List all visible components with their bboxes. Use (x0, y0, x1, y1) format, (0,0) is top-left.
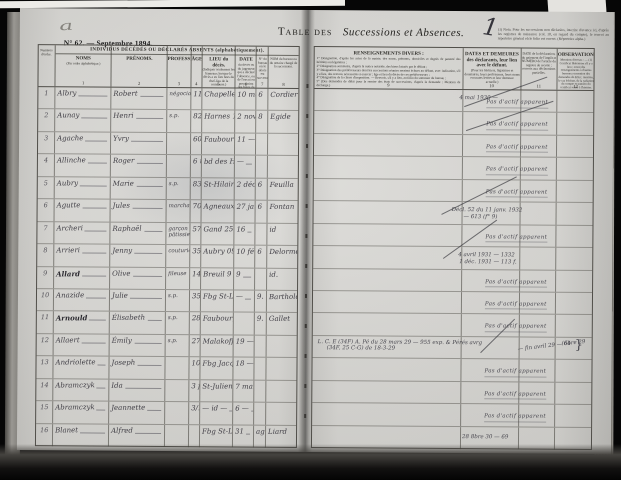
cell-lieu: Fbg Jacques 99 (200, 358, 234, 380)
table-row (312, 358, 591, 382)
cell-prenom: Ida (110, 379, 166, 401)
cell-lieu: Harnes 17 (202, 111, 236, 133)
cell-prenom: Jenny (111, 245, 167, 267)
handwritten-text: 70 (192, 203, 201, 210)
cell-dates-demeures (461, 404, 519, 426)
cell-numero: 7 (37, 222, 54, 244)
handwritten-text: 31 (235, 428, 244, 435)
handwritten-text: Faubourg 109 (203, 316, 235, 324)
handwritten-text: 15 (40, 404, 48, 411)
cell-renseignements (313, 313, 462, 335)
ruled-tail (80, 180, 107, 186)
col-header-noms: NOMS (Par ordre alphabétique.) 1 (55, 45, 112, 86)
cell-numero: 9 (37, 267, 54, 289)
cell-notaire: id (268, 223, 298, 245)
cell-notaire: Cordier (269, 89, 299, 111)
cell-prenom: Marie (111, 177, 167, 199)
cell-nom: Agache (55, 132, 112, 154)
handwritten-text: Yvry (113, 136, 129, 143)
col-header-lieu: LIEU du décès. (Indiquer seulement les h… (202, 46, 236, 87)
cell-date-declaration (519, 382, 556, 404)
right-table-header: RENSEIGNEMENTS DIVERS : 1° Désignation, … (314, 47, 593, 91)
col-header-age: ÂGE. 4 (191, 46, 202, 87)
cell-observations (556, 315, 592, 337)
cell-notaire: Gallet (267, 313, 297, 335)
handwritten-text: Breuil 9 (203, 271, 231, 278)
handwritten-text: 10 fév. 29 (237, 249, 256, 256)
cell-bureau (256, 156, 268, 178)
cell-renseignements (313, 224, 462, 246)
handwritten-text: 28 (192, 316, 201, 323)
cell-dates-demeures (463, 113, 521, 135)
cell-nom: Anazide (54, 289, 111, 311)
cell-date: 11 — (235, 133, 256, 155)
handwritten-text: Abramczyk (55, 382, 95, 389)
cell-profession (165, 357, 189, 379)
handwritten-text: 11 — (238, 136, 256, 143)
cell-numero: 14 (36, 379, 53, 401)
cell-renseignements (314, 201, 463, 223)
cell-bureau (256, 223, 268, 245)
cell-profession (167, 133, 191, 155)
cell-age: 83 (190, 178, 201, 200)
cell-prenom: Roger (111, 155, 167, 177)
cell-date: 6 — (234, 403, 255, 425)
col-header-dates-demeures: DATES ET DEMEURES des déclarants, leur l… (463, 48, 521, 89)
cell-prenom: Joseph (110, 357, 166, 379)
cell-date-declaration (520, 270, 557, 292)
handwritten-text: Albry (57, 90, 76, 97)
cell-dates-demeures (463, 157, 521, 179)
cell-date-declaration (520, 248, 557, 270)
cell-dates-demeures (462, 225, 520, 247)
ruled-tail (246, 428, 250, 434)
handwritten-text: Bartholomée (269, 294, 297, 301)
cell-notaire: Feuilla (268, 178, 298, 200)
cell-numero: 5 (38, 177, 55, 199)
cell-profession (167, 155, 191, 177)
cell-lieu: Fbg St-Loi 14 (201, 290, 235, 312)
ruled-tail (134, 338, 161, 344)
left-table-body: 1AlbryRobertnégociant11Chapelle10 mai 98… (36, 87, 298, 448)
cell-date-declaration (520, 135, 557, 157)
cell-dates-demeures (463, 135, 521, 157)
cell-renseignements (313, 291, 462, 313)
handwritten-text: 9 (43, 270, 47, 277)
handwritten-text: garçon pâtissier (168, 226, 190, 238)
cell-profession: s.p. (166, 335, 190, 357)
handwritten-text: 6 (258, 249, 263, 256)
cell-lieu: — id — (200, 402, 234, 424)
handwritten-text: Gand 25 (203, 226, 233, 233)
table-row (313, 291, 592, 315)
ruled-tail (125, 382, 161, 388)
handwritten-text: Andriolette (55, 359, 95, 366)
cell-date-declaration (520, 225, 557, 247)
cell-notaire: Egide (268, 111, 298, 133)
col-header-prenoms: PRÉNOMS. 2 (112, 46, 168, 87)
cell-age: 70 (190, 200, 201, 222)
handwritten-text: s.p. (169, 113, 179, 119)
cell-bureau (256, 134, 268, 156)
cell-numero: 12 (37, 334, 54, 356)
left-table: INDIVIDUS DÉCÉDÉS OU DÉCLARÉS ABSENTS (a… (35, 44, 300, 448)
cell-dates-demeures (462, 247, 520, 269)
ruled-tail (82, 337, 107, 343)
ruled-tail (81, 113, 107, 119)
handwritten-text: ag. (256, 428, 266, 435)
handwritten-text: 35 (192, 248, 201, 255)
cell-renseignements (313, 246, 462, 268)
ruled-tail (80, 427, 106, 433)
cell-renseignements (312, 381, 461, 403)
cell-profession (165, 402, 189, 424)
ruled-tail (136, 181, 163, 187)
handwritten-text: Aubry (57, 180, 78, 187)
handwritten-text: 9. (257, 294, 264, 301)
cell-bureau: 9. (255, 313, 267, 335)
handwritten-text: Abramczyk (55, 404, 95, 411)
handwritten-text: Arrieri (56, 247, 80, 254)
handwritten-text: fileuse (168, 271, 186, 277)
cell-observations (558, 91, 594, 113)
cell-observations (556, 293, 592, 315)
cell-observations (555, 382, 591, 404)
ruled-tail (138, 360, 162, 366)
ruled-tail (86, 292, 106, 298)
handwritten-text: Liard (268, 428, 287, 435)
cell-bureau (254, 403, 266, 425)
handwritten-text: Gallet (269, 316, 290, 323)
handwritten-text: id. (269, 271, 278, 278)
handwritten-text: Anazide (56, 292, 84, 299)
table-row: 6AgutteJulesmarchand70Agneaux 2527 janv.… (38, 199, 298, 223)
handwritten-text: Raphaël (113, 225, 142, 232)
table-row: 2AunayHenris.p.82Harnes 172 nov. 288Egid… (38, 110, 298, 134)
ruled-tail (136, 113, 163, 119)
cell-nom: Allaert (53, 334, 110, 356)
cell-dates-demeures (462, 270, 520, 292)
handwritten-text: 27 (191, 338, 200, 345)
cell-numero: 11 (37, 312, 54, 334)
cell-lieu: Faubourg 109 (200, 313, 234, 335)
ruled-tail (137, 158, 163, 164)
handwritten-text: Jules (113, 203, 130, 210)
table-row: 10AnazideJulies.p.35Fbg St-Loi 14—9.Bart… (37, 289, 297, 313)
cell-date-declaration (519, 315, 556, 337)
page-bottom-shadow (0, 444, 621, 480)
cell-observations (557, 225, 593, 247)
cell-profession: couturière (166, 245, 190, 267)
handwritten-text: 1 (45, 90, 49, 97)
col-header-date-declaration: DATE de la déclaration, du paiement de l… (521, 49, 558, 90)
cell-date-declaration (520, 203, 557, 225)
ruled-tail (82, 203, 107, 209)
cell-age: 57 (190, 223, 201, 245)
handwritten-text: 16 (40, 427, 48, 434)
handwritten-text: Robert (114, 91, 138, 98)
cell-nom: Archeri (54, 222, 111, 244)
cell-nom: Albry (55, 87, 112, 109)
cell-prenom: Robert (112, 88, 168, 110)
table-row (313, 313, 592, 337)
table-row: 5AubryMaries.p.83St-Hilaire 092 déc. 286… (38, 177, 298, 201)
handwritten-text: Ida (112, 382, 123, 389)
cell-nom: Abramczyk (53, 401, 110, 423)
cell-observations (556, 248, 592, 270)
cell-nom: Arrieri (54, 244, 111, 266)
handwritten-text: 82 (193, 114, 202, 121)
handwritten-text: 8 (44, 247, 48, 254)
handwritten-text: Fbg St-Léger (202, 428, 234, 435)
handwritten-text: 18 — (236, 361, 254, 368)
handwritten-text: Allard (56, 270, 80, 277)
cell-lieu: bd des Hauts Jolis (202, 156, 236, 178)
handwritten-text: Harnes 17 (204, 114, 236, 121)
cell-prenom: Jeannette (110, 402, 166, 424)
handwritten-text: Agache (57, 135, 83, 142)
cell-lieu: Agneaux 25 (201, 200, 235, 222)
binding-stitches (304, 58, 309, 428)
cell-profession: s.p. (167, 178, 191, 200)
cell-renseignements (314, 156, 463, 178)
handwritten-text: 2 déc. 28 (237, 181, 256, 188)
handwritten-text: 27 janv. 29 (237, 204, 256, 211)
cell-prenom: Yvry (111, 133, 167, 155)
cell-dates-demeures (461, 359, 519, 381)
handwritten-text: Archeri (56, 225, 83, 232)
handwritten-text: Aunay (57, 113, 79, 120)
cell-bureau: 6 (256, 178, 268, 200)
cell-date: 18 — (234, 358, 255, 380)
cell-lieu: Faubourg 31 (202, 133, 236, 155)
cell-dates-demeures (461, 337, 519, 359)
handwritten-text: 3 f. (191, 383, 200, 390)
cell-prenom: Jules (111, 200, 167, 222)
cell-observations (556, 360, 592, 382)
cell-date: 10 mai 98 (236, 89, 257, 111)
handwritten-text: 10 (41, 292, 49, 299)
cell-renseignements (313, 269, 462, 291)
cell-age: 3 f. (189, 380, 200, 402)
ruled-tail (229, 406, 232, 412)
scanner-bed-edge (0, 0, 345, 8)
cell-age: 14 (190, 268, 201, 290)
handwritten-text: — id — (202, 405, 227, 412)
ruled-tail (135, 427, 161, 433)
cell-lieu: Chapelle (202, 88, 236, 110)
handwritten-text: 6 — (236, 406, 250, 413)
handwritten-text: Élisabeth (112, 315, 145, 322)
cell-nom: Allard (54, 267, 111, 289)
handwritten-text: 57 (192, 226, 201, 233)
handwritten-text: 4 (44, 157, 48, 164)
cell-observations (557, 136, 593, 158)
handwritten-text: Fbg Jacques 99 (202, 360, 234, 368)
ruled-tail (82, 248, 107, 254)
document-scan: a N° 62. — Septembre 1894. Table des Suc… (0, 0, 621, 480)
ruled-tail (243, 271, 251, 277)
cell-profession: s.p. (166, 312, 190, 334)
handwritten-text: 5 (44, 180, 48, 187)
handwritten-text: — (236, 293, 243, 300)
table-row: 4AllincheRoger6 m.bd des Hauts Jolis— (38, 154, 298, 178)
cell-profession: s.p. (166, 290, 190, 312)
cell-age: 35 (190, 290, 201, 312)
handwritten-text: Émily (112, 337, 132, 344)
handwritten-text: Fbg St-Loi 14 (203, 293, 235, 301)
cell-age: 27 (189, 335, 200, 357)
handwritten-text: 9 (237, 271, 242, 278)
handwritten-text: St-Hilaire 09 (203, 181, 235, 188)
handwritten-text: Jenny (113, 248, 133, 255)
cell-date-declaration (520, 180, 557, 202)
table-row (314, 179, 593, 203)
ruled-tail (246, 159, 252, 165)
ruled-tail (131, 136, 163, 142)
cell-bureau (255, 380, 267, 402)
col-header-numero: Numéros d'ordre. (38, 45, 55, 86)
handwritten-text: 11 (41, 315, 49, 322)
ruled-tail (132, 203, 162, 209)
cell-numero: 2 (38, 110, 55, 132)
handwritten-text: Roger (113, 158, 135, 165)
cell-age: 11 (191, 88, 202, 110)
cell-date-declaration (519, 337, 556, 359)
cell-dates-demeures (462, 202, 520, 224)
table-row: 3AgacheYvry60Faubourg 3111 — (38, 132, 298, 156)
cell-observations (555, 405, 591, 427)
right-table-body (312, 89, 593, 450)
cell-date: 19 — (234, 335, 255, 357)
ruled-tail (133, 270, 162, 276)
cell-age: 107 (189, 357, 200, 379)
table-row: 13AndrioletteJoseph107Fbg Jacques 9918 — (36, 356, 296, 380)
ruled-tail (82, 270, 107, 276)
cell-profession (165, 380, 189, 402)
handwritten-text: Olive (113, 270, 131, 277)
cell-numero: 13 (36, 356, 53, 378)
cell-bureau (255, 358, 267, 380)
handwritten-text: Cordier (271, 92, 298, 99)
cell-prenom: Olive (110, 267, 166, 289)
cell-notaire (267, 336, 297, 358)
cell-bureau: 8 (256, 111, 268, 133)
handwritten-text: Blanet (55, 427, 78, 434)
cell-notaire (268, 134, 298, 156)
handwritten-text: 3/. (191, 405, 200, 412)
table-row (313, 246, 592, 270)
cell-date: 16 (235, 223, 256, 245)
cell-bureau (255, 335, 267, 357)
handwritten-text: Julie (112, 293, 128, 300)
handwritten-text: couturière (168, 248, 190, 254)
cell-nom: Arnould (54, 312, 111, 334)
cell-date: 10 fév. 29 (235, 246, 256, 268)
cell-date-declaration (521, 113, 558, 135)
table-row (314, 201, 593, 225)
handwritten-text: Agutte (56, 202, 80, 209)
handwritten-text: — (237, 159, 244, 166)
table-row: 9AllardOlivefileuse14Breuil 99id. (37, 267, 297, 291)
table-row: 11ArnouldÉlisabeths.p.28Faubourg 1099.Ga… (37, 312, 297, 336)
handwritten-text: négociant (169, 91, 191, 97)
cell-lieu: Gand 25 (201, 223, 235, 245)
col-header-professions: PROFESSIONS. 3 (167, 46, 191, 87)
ruled-tail (135, 248, 163, 254)
cell-notaire (267, 358, 297, 380)
table-row: 8ArrieriJennycouturière35Aubry 0910 fév.… (37, 244, 297, 268)
handwritten-text: 60 (193, 136, 202, 143)
cell-date: 7 mars 29 (234, 380, 255, 402)
cell-renseignements (312, 358, 461, 380)
table-row: 14AbramczykIda3 f.St-Julien 1187 mars 29 (36, 379, 296, 403)
handwritten-text: St-Julien 118 (202, 383, 234, 390)
cell-numero: 10 (37, 289, 54, 311)
table-row (313, 224, 592, 248)
ruled-tail (88, 158, 108, 164)
cell-observations (557, 158, 593, 180)
table-row (314, 111, 593, 135)
cell-observations (557, 113, 593, 135)
table-row: 15AbramczykJeannette3/.— id —6 — (36, 401, 296, 425)
handwritten-text: 11 (193, 91, 202, 98)
ruled-tail (78, 90, 107, 96)
handwritten-text: Delorme (269, 249, 297, 256)
table-row (313, 269, 592, 293)
cell-dates-demeures (462, 292, 520, 314)
handwritten-text: Malakoff 99 (202, 338, 234, 345)
handwritten-text: 35 (192, 293, 201, 300)
cell-numero: 4 (38, 154, 55, 176)
cell-nom: Allinche (55, 155, 112, 177)
handwritten-text: bd des Hauts Jolis (204, 158, 236, 166)
table-row: 12AllaertÉmilys.p.27Malakoff 9919 — (37, 334, 297, 358)
handwritten-text: id (270, 226, 277, 233)
cell-observations (557, 203, 593, 225)
cell-lieu: Malakoff 99 (200, 335, 234, 357)
cell-bureau: 6 (256, 201, 268, 223)
cell-lieu: Breuil 9 (201, 268, 235, 290)
cell-nom: Aubry (55, 177, 112, 199)
page-title-italic: Successions et Absences. (343, 26, 465, 39)
ruled-tail (144, 225, 162, 231)
cell-nom: Aunay (55, 110, 112, 132)
cell-lieu: Aubry 09 (201, 245, 235, 267)
cell-profession: s.p. (167, 110, 191, 132)
handwritten-text: 2 nov. 28 (238, 114, 257, 121)
handwritten-text: Agneaux 25 (203, 203, 235, 210)
handwritten-text: s.p. (168, 338, 178, 344)
col-header-date: DATE du décès ou du jugement qui a décla… (236, 47, 257, 88)
handwritten-text: s.p. (169, 181, 179, 187)
handwritten-text: 6 m. (193, 158, 202, 165)
cell-date (234, 313, 255, 335)
handwritten-text: Faubourg 31 (204, 136, 236, 143)
cell-date: 9 (235, 268, 256, 290)
table-row (314, 156, 593, 180)
table-row (312, 381, 591, 405)
handwritten-text: 3 (44, 135, 48, 142)
cell-renseignements (312, 403, 461, 425)
cell-age: 6 m. (191, 156, 202, 178)
cell-age: 82 (191, 111, 202, 133)
ruled-tail (148, 405, 162, 411)
cell-age: 60 (191, 133, 202, 155)
ruled-tail (245, 294, 251, 300)
handwritten-text: 6 (259, 92, 264, 99)
handwritten-text: 6 (258, 181, 263, 188)
